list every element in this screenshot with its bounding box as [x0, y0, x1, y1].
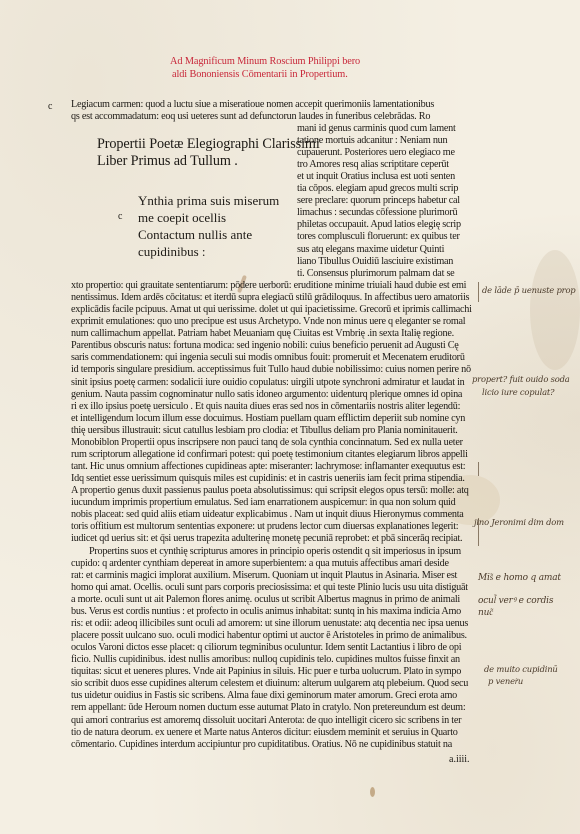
commentary-line: tio de natura deorum. ex uenere et Marte… — [71, 727, 481, 739]
commentary-line: ficio. Nullis cupidinibus. idest nullis … — [71, 654, 481, 666]
commentary-line: iudicet qd uerius sit: et q̄si uerus tra… — [71, 533, 481, 545]
commentary-line: ti. Consensus plurimorum palmam dat se — [297, 268, 481, 280]
commentary-line: cōmentario. Cupidines interdum accipiunt… — [71, 739, 481, 751]
commentary-line: cupido: q ardenter cynthiam depereat in … — [71, 558, 481, 570]
commentary-line: limachus : secundas cōfessione plurimorū — [297, 207, 481, 219]
commentary-line: sio scribit duos esse cupidines alterum … — [71, 678, 481, 690]
commentary-line: tia cōpos. elegiam apud grecos multi scr… — [297, 183, 481, 195]
commentary-line: tus uidetur ouidius in Fastis sic scribe… — [71, 690, 481, 702]
marginal-note: licio iure copulat? — [482, 387, 554, 398]
heading-line-2: aldi Bononiensis Cōmentarii in Propertiu… — [170, 68, 470, 81]
commentary-line: sinit ipsius poetę carmen: sodalicii iur… — [71, 377, 481, 389]
commentary-line: homo qui amat. Ocellis. oculi sunt pars … — [71, 582, 481, 594]
commentary-line: Idq sentiet esse uerissimum quisquis mil… — [71, 473, 481, 485]
commentary-line: num callimachum appellat. Patriam habet … — [71, 328, 481, 340]
paper-stain — [530, 250, 580, 370]
opening-verse: Ynthia prima suis miserum me coepit ocel… — [138, 192, 279, 260]
commentary-line: explicādis facile pcipuus. Amat ut qui u… — [71, 304, 481, 316]
commentary-line: et intelligendum locum illum esse docuim… — [71, 413, 481, 425]
commentary-line: thię uersibus illustrauit: sicut catullu… — [71, 425, 481, 437]
title-line-2: Liber Primus ad Tullum . — [97, 153, 320, 170]
commentary-line: qui amori contrarius est amoremq dissolu… — [71, 715, 481, 727]
commentary-line: exprimit emulationes: quo uno precipue e… — [71, 316, 481, 328]
commentary-line: saris commendationem: qui ingenia seculi… — [71, 352, 481, 364]
commentary-line: mani id genus carminis quod cum lament — [297, 123, 481, 135]
commentary-line: tro Amores resq alias scriptitare ceperū… — [297, 159, 481, 171]
marginal-note: Mis͂ e homo q amat — [478, 573, 561, 584]
commentary-line: ri ex illo ipsius poetę uersiculo . Et q… — [71, 401, 481, 413]
intro-line: qs est accommadatum: eoq usi ueteres sun… — [71, 111, 481, 123]
commentary-line: nentissimus. Idem ardēs cōcitatus: et it… — [71, 292, 481, 304]
manuscript-page: Ad Magnificum Minum Roscium Philippi ber… — [0, 0, 580, 834]
title-line-1: Propertii Poetæ Elegiographi Clarissimi — [97, 136, 320, 153]
commentary-line: tores complusculi floruerunt: ex quibus … — [297, 231, 481, 243]
commentary-line: rem appellant: ūde Heroum nomen ductum e… — [71, 702, 481, 714]
folio-signature: a.iiii. — [449, 754, 470, 765]
commentary-line: sus atq elegans maxime uidetur Quinti — [297, 244, 481, 256]
paper-mark — [370, 787, 375, 797]
marginal-note: propert? fuit ouido soda — [472, 374, 570, 385]
commentary-line: tant. Hic unus omnium affectiones cupidi… — [71, 461, 481, 473]
marginal-note: jino Jeronimi dim dom — [474, 517, 564, 528]
verse-line: cupidinibus : — [138, 243, 279, 260]
marginal-note: de lāde p̄ uenuste prop — [482, 285, 575, 296]
commentary-line: placere possit uulcano suo. oculi modici… — [71, 630, 481, 642]
margin-bracket — [478, 462, 482, 476]
marginal-note: p vener͂u — [488, 676, 523, 687]
commentary-line: et ut inquit Oratius inclusa est uoti se… — [297, 171, 481, 183]
commentary-line: bus. Verus est cordis nuntius : et profe… — [71, 606, 481, 618]
paragraph-marker: c — [48, 101, 52, 112]
verse-line: Ynthia prima suis miserum — [138, 192, 279, 209]
commentary-line: nobis placeat: sed quid aliis etiam uide… — [71, 509, 481, 521]
commentary-line: Parentibus obscuris natus: fortuna modic… — [71, 340, 481, 352]
marginal-note: nuc͂ — [478, 608, 493, 619]
commentary-line: rum scriptorum allegatione id confirmari… — [71, 449, 481, 461]
commentary-line: sere preclare: quorum princeps habetur c… — [297, 195, 481, 207]
commentary-line: liano Tibullus Ouidiū lasciuire existima… — [297, 256, 481, 268]
commentary-line: id temporis singulare presidium. accepti… — [71, 364, 481, 376]
commentary-line: philetas occupauit. Apud latios elegię s… — [297, 219, 481, 231]
verse-line: me coepit ocellis — [138, 209, 279, 226]
marginal-note: ocul͂ verꝰ e cordis — [478, 596, 553, 607]
commentary-line: genium. Nauta passim cognominatur nullo … — [71, 389, 481, 401]
verse-marker: c — [118, 211, 122, 222]
commentary-line: iucundum imprimis propertium emulatus. S… — [71, 497, 481, 509]
marginal-note: de muito cupidinū — [484, 664, 558, 675]
commentary-line: A propertio genus duxit passienus paulus… — [71, 485, 481, 497]
commentary-line: oculos Varoni dictos esse placet: q cili… — [71, 642, 481, 654]
commentary-line: Propertins suos et cynthię scripturus am… — [89, 546, 481, 558]
commentary-line: toris offitium est multorum sententias e… — [71, 521, 481, 533]
commentary-line: Monobiblon Propertii opus inscripsere no… — [71, 437, 481, 449]
commentary-line: xto propertio: qui grauitate sententiaru… — [71, 280, 481, 292]
commentary-line: ris: et odii: adeoq illicibiles sunt ocu… — [71, 618, 481, 630]
commentary-line: a morte. oculi sunt ut ait Palemon flore… — [71, 594, 481, 606]
commentary-line: cupauerunt. Posteriores uero elegiaco me — [297, 147, 481, 159]
rubricated-heading: Ad Magnificum Minum Roscium Philippi ber… — [170, 55, 470, 81]
commentary-line: rat: et carminis magici implorat auxiliu… — [71, 570, 481, 582]
commentary-line: tatione mortuis adcanitur : Neniam nun — [297, 135, 481, 147]
intro-line: Legiacum carmen: quod a luctu siue a mis… — [71, 99, 481, 111]
book-title: Propertii Poetæ Elegiographi Clarissimi … — [97, 136, 320, 170]
commentary-line: tiquitas: sicut et ueneres plures. Vnde … — [71, 666, 481, 678]
verse-line: Contactum nullis ante — [138, 226, 279, 243]
heading-line-1: Ad Magnificum Minum Roscium Philippi ber… — [170, 55, 470, 68]
